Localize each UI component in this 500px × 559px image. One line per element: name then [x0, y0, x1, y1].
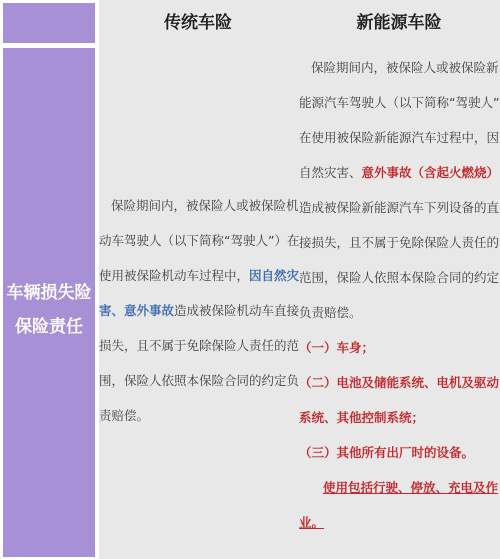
body-text: 造成被保险新能源汽车下列设备的直: [299, 200, 499, 215]
row-label-line1: 车辆损失险: [3, 276, 95, 310]
body-text: 保险期间内，被保险人或被保险机: [111, 198, 299, 213]
body-text: 动车驾驶人（以下简称“驾驶人”）在: [99, 233, 299, 248]
highlight-blue-text: 因自然灾: [249, 268, 299, 283]
highlight-red-text: （三）其他所有出厂时的设备。: [299, 445, 474, 460]
highlight-blue-text: 害、意外事故: [99, 303, 174, 318]
text-line: 在使用被保险新能源汽车过程中，因: [299, 120, 500, 155]
highlight-red-underline-text: 使用包括行驶、停放、充电及作: [323, 480, 498, 495]
text-line: 范围，保险人依照本保险合同的约定: [299, 260, 500, 295]
text-line: （二）电池及储能系统、电机及驱动: [299, 365, 500, 400]
text-line: 能源汽车驾驶人（以下简称“驾驶人”）: [299, 85, 500, 120]
body-text: 责赔偿。: [99, 408, 149, 423]
body-text: 接损失，且不属于免除保险人责任的: [299, 235, 499, 250]
text-line: 使用被保险机动车过程中，因自然灾: [99, 258, 298, 293]
body-text: 范围，保险人依照本保险合同的约定: [299, 270, 499, 285]
text-line: 责赔偿。: [99, 398, 298, 433]
body-text: 造成被保险机动车直接: [174, 303, 299, 318]
text-line: 负责赔偿。: [299, 295, 500, 330]
highlight-red-text: （二）电池及储能系统、电机及驱动: [299, 375, 499, 390]
text-line: 围，保险人依照本保险合同的约定负: [99, 363, 298, 398]
highlight-red-text: 系统、其他控制系统；: [299, 410, 424, 425]
body-text: 能源汽车驾驶人（以下简称“驾驶人”）: [299, 95, 500, 110]
text-line: 系统、其他控制系统；: [299, 400, 500, 435]
row-label-cell: 车辆损失险 保险责任: [3, 48, 95, 557]
text-line: 损失，且不属于免除保险人责任的范: [99, 328, 298, 363]
body-text: 负责赔偿。: [299, 305, 362, 320]
column-header-traditional: 传统车险: [99, 13, 297, 33]
insurance-comparison-table: 传统车险 新能源车险 车辆损失险 保险责任 保险期间内，被保险人或被保险机动车驾…: [0, 0, 500, 559]
text-line: （三）其他所有出厂时的设备。: [299, 435, 500, 470]
traditional-insurance-cell: 保险期间内，被保险人或被保险机动车驾驶人（以下简称“驾驶人”）在使用被保险机动车…: [99, 188, 298, 433]
text-line: 保险期间内，被保险人或被保险机: [99, 188, 298, 223]
nev-insurance-cell: 保险期间内，被保险人或被保险新能源汽车驾驶人（以下简称“驾驶人”）在使用被保险新…: [299, 50, 500, 540]
body-text: 使用被保险机动车过程中，: [99, 268, 249, 283]
body-text: 自然灾害、: [299, 165, 362, 180]
text-line: 动车驾驶人（以下简称“驾驶人”）在: [99, 223, 298, 258]
body-text: 在使用被保险新能源汽车过程中，因: [299, 130, 499, 145]
highlight-red-text: （一）车身；: [299, 340, 374, 355]
text-line: 接损失，且不属于免除保险人责任的: [299, 225, 500, 260]
body-text: 围，保险人依照本保险合同的约定负: [99, 373, 299, 388]
highlight-red-underline-text: 业。: [299, 515, 324, 530]
column-header-nev: 新能源车险: [299, 13, 499, 33]
text-line: 自然灾害、意外事故（含起火燃烧）: [299, 155, 500, 190]
text-line: 害、意外事故造成被保险机动车直接: [99, 293, 298, 328]
text-line: 使用包括行驶、停放、充电及作: [299, 470, 500, 505]
row-label-line2: 保险责任: [3, 310, 95, 344]
body-text: 保险期间内，被保险人或被保险新: [311, 60, 499, 75]
highlight-red-text: 意外事故（含起火燃烧）: [362, 165, 500, 180]
row-label: 车辆损失险 保险责任: [3, 276, 95, 344]
body-text: 损失，且不属于免除保险人责任的范: [99, 338, 299, 353]
text-line: 业。: [299, 505, 500, 540]
corner-header-cell: [3, 3, 95, 43]
text-line: 保险期间内，被保险人或被保险新: [299, 50, 500, 85]
text-line: 造成被保险新能源汽车下列设备的直: [299, 190, 500, 225]
text-line: （一）车身；: [299, 330, 500, 365]
